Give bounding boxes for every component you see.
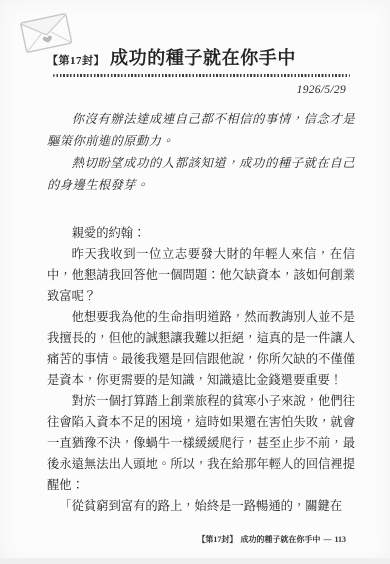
book-page: 【第17封】 成功的種子就在你手中 1926/5/29 你沒有辦法達成連自己都不… [0,0,390,564]
footer-title: 成功的種子就在你手中 [240,534,320,545]
chapter-tag: 【第17封】 [47,52,105,68]
scan-edge [0,558,390,564]
letter-paragraph: 昨天我收到一位立志要發大財的年輕人來信，在信中，他懇請我回答他一個問題：他欠缺資… [47,244,355,307]
epigraph-paragraph: 熱切盼望成功的人都該知道，成功的種子就在自己的身邊生根發芽。 [47,152,355,196]
letter-date: 1926/5/29 [297,84,346,96]
letter-paragraph: 他想要我為他的生命指明道路，然而教誨別人並不是我擅長的，但他的誠懇讓我難以拒絕，… [47,307,355,391]
letter-paragraph: 「從貧窮到富有的路上，始終是一路暢通的，關鍵在 [47,496,355,517]
page-footer: 【第17封】 成功的種子就在你手中 — 113 [197,534,346,545]
epigraph-paragraph: 你沒有辦法達成連自己都不相信的事情，信念才是驅策你前進的原動力。 [47,108,355,152]
page-title: 成功的種子就在你手中 [110,44,296,70]
letter-body: 親愛的約翰： 昨天我收到一位立志要發大財的年輕人來信，在信中，他懇請我回答他一個… [47,223,355,517]
chapter-header: 【第17封】 成功的種子就在你手中 [47,44,355,77]
letter-paragraph: 對於一個打算踏上創業旅程的貧寒小子來說，他們往往會陷入資本不足的困境，這時如果還… [47,391,355,496]
title-line: 【第17封】 成功的種子就在你手中 [47,44,355,70]
footer-separator: — [323,535,331,544]
epigraph: 你沒有辦法達成連自己都不相信的事情，信念才是驅策你前進的原動力。 熱切盼望成功的… [47,108,355,196]
dotted-divider [53,74,350,77]
footer-page-number: 113 [334,535,346,544]
salutation: 親愛的約翰： [47,223,355,244]
footer-chapter-tag: 【第17封】 [197,534,237,545]
